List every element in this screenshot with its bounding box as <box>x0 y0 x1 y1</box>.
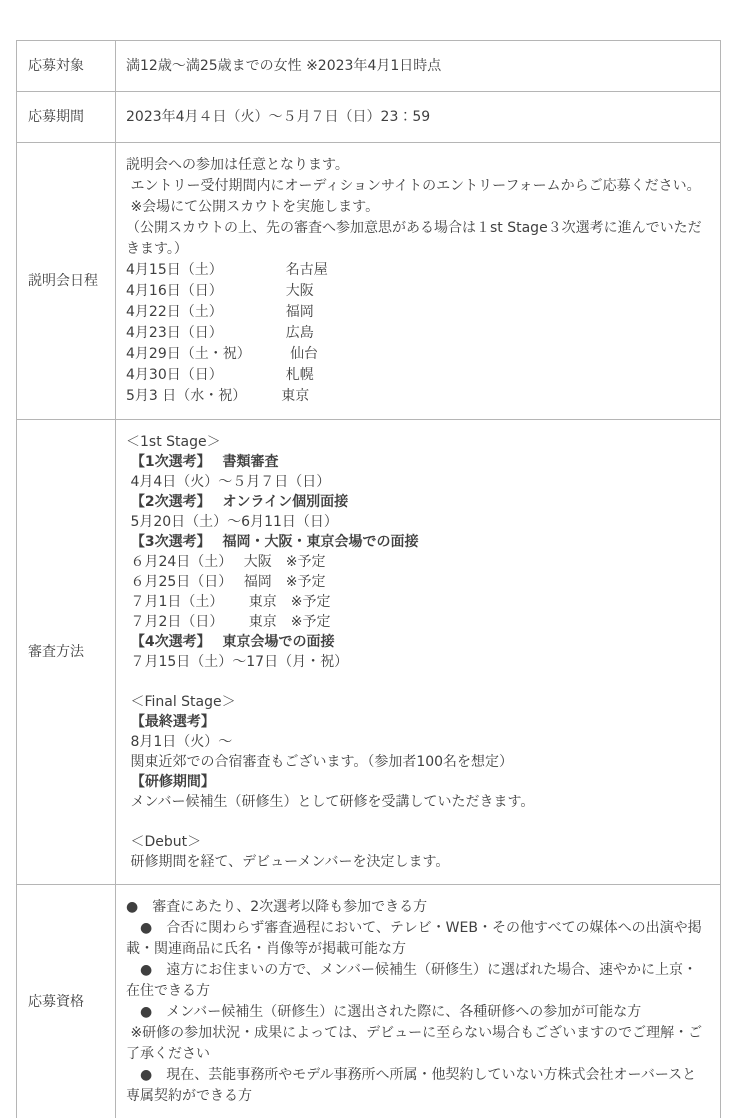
content-line: 4月16日（日） 大阪 <box>126 281 710 302</box>
content-line: 4月29日（土・祝） 仙台 <box>126 344 710 365</box>
page: 応募対象満12歳～満25歳までの女性 ※2023年4月1日時点応募期間2023年… <box>0 0 740 1118</box>
table-row: 応募期間2023年4月４日（火）～５月７日（日）23：59 <box>17 92 721 143</box>
content-line: ● 遠方にお住まいの方で、メンバー候補生（研修生）に選ばれた場合、速やかに上京・… <box>126 960 710 1002</box>
audition-info-table-body: 応募対象満12歳～満25歳までの女性 ※2023年4月1日時点応募期間2023年… <box>17 41 721 1118</box>
content-line: ● 審査にあたり、2次選考以降も参加できる方 <box>126 897 710 918</box>
content-line: ７月1日（土） 東京 ※予定 <box>126 592 710 612</box>
content-line: ※研修の参加状況・成果によっては、デビューに至らない場合もございますのでご理解・… <box>126 1023 710 1065</box>
row-content: 満12歳～満25歳までの女性 ※2023年4月1日時点 <box>116 41 721 92</box>
content-line <box>126 672 710 692</box>
content-line-heading: 【研修期間】 <box>126 772 710 792</box>
table-row: 説明会日程説明会への参加は任意となります。 エントリー受付期間内にオーディション… <box>17 143 721 420</box>
content-line <box>126 812 710 832</box>
content-line: 4月22日（土） 福岡 <box>126 302 710 323</box>
content-line: 4月4日（火）～５月７日（日） <box>126 472 710 492</box>
content-line: 4月30日（日） 札幌 <box>126 365 710 386</box>
content-line: 満12歳～満25歳までの女性 ※2023年4月1日時点 <box>126 56 710 77</box>
content-line: ＜1st Stage＞ <box>126 432 710 452</box>
content-line: ● 現在、芸能事務所やモデル事務所へ所属・他契約していない方株式会社オーバースと… <box>126 1065 710 1107</box>
content-line: 4月23日（日） 広島 <box>126 323 710 344</box>
content-line: ※会場にて公開スカウトを実施します。 <box>126 197 710 218</box>
row-label: 説明会日程 <box>17 143 116 420</box>
content-line-heading: 【1次選考】 書類審査 <box>126 452 710 472</box>
table-row: 応募資格● 審査にあたり、2次選考以降も参加できる方 ● 合否に関わらず審査過程… <box>17 885 721 1118</box>
content-line: ６月24日（土） 大阪 ※予定 <box>126 552 710 572</box>
row-label: 応募資格 <box>17 885 116 1118</box>
content-line: ＜Debut＞ <box>126 832 710 852</box>
content-line: 2023年4月４日（火）～５月７日（日）23：59 <box>126 107 710 128</box>
content-line-heading: 【最終選考】 <box>126 712 710 732</box>
content-line: ７月15日（土）～17日（月・祝） <box>126 652 710 672</box>
row-content: ● 審査にあたり、2次選考以降も参加できる方 ● 合否に関わらず審査過程において… <box>116 885 721 1118</box>
row-content: 2023年4月４日（火）～５月７日（日）23：59 <box>116 92 721 143</box>
audition-info-table: 応募対象満12歳～満25歳までの女性 ※2023年4月1日時点応募期間2023年… <box>16 40 721 1118</box>
row-content: ＜1st Stage＞ 【1次選考】 書類審査 4月4日（火）～５月７日（日） … <box>116 420 721 885</box>
content-line: 関東近郊での合宿審査もございます。（参加者100名を想定） <box>126 752 710 772</box>
row-label: 審査方法 <box>17 420 116 885</box>
content-line: ● メンバー候補生（研修生）に選出された際に、各種研修への参加が可能な方 <box>126 1002 710 1023</box>
content-line-heading: 【3次選考】 福岡・大阪・東京会場での面接 <box>126 532 710 552</box>
content-line-heading: 【4次選考】 東京会場での面接 <box>126 632 710 652</box>
content-line: 5月3 日（水・祝） 東京 <box>126 386 710 407</box>
table-row: 応募対象満12歳～満25歳までの女性 ※2023年4月1日時点 <box>17 41 721 92</box>
content-line: 8月1日（火）～ <box>126 732 710 752</box>
content-line: ７月2日（日） 東京 ※予定 <box>126 612 710 632</box>
content-line: メンバー候補生（研修生）として研修を受講していただきます。 <box>126 792 710 812</box>
row-label: 応募対象 <box>17 41 116 92</box>
content-line: 研修期間を経て、デビューメンバーを決定します。 <box>126 852 710 872</box>
content-line: 5月20日（土）～6月11日（日） <box>126 512 710 532</box>
content-line: ＜Final Stage＞ <box>126 692 710 712</box>
content-line: 4月15日（土） 名古屋 <box>126 260 710 281</box>
table-row: 審査方法＜1st Stage＞ 【1次選考】 書類審査 4月4日（火）～５月７日… <box>17 420 721 885</box>
content-line: 説明会への参加は任意となります。 <box>126 155 710 176</box>
row-label: 応募期間 <box>17 92 116 143</box>
content-line: ６月25日（日） 福岡 ※予定 <box>126 572 710 592</box>
content-line-heading: 【2次選考】 オンライン個別面接 <box>126 492 710 512</box>
content-line: エントリー受付期間内にオーディションサイトのエントリーフォームからご応募ください… <box>126 176 710 197</box>
content-line: （公開スカウトの上、先の審査へ参加意思がある場合は１st Stage３次選考に進… <box>126 218 710 260</box>
row-content: 説明会への参加は任意となります。 エントリー受付期間内にオーディションサイトのエ… <box>116 143 721 420</box>
content-line: ● 合否に関わらず審査過程において、テレビ・WEB・その他すべての媒体への出演や… <box>126 918 710 960</box>
